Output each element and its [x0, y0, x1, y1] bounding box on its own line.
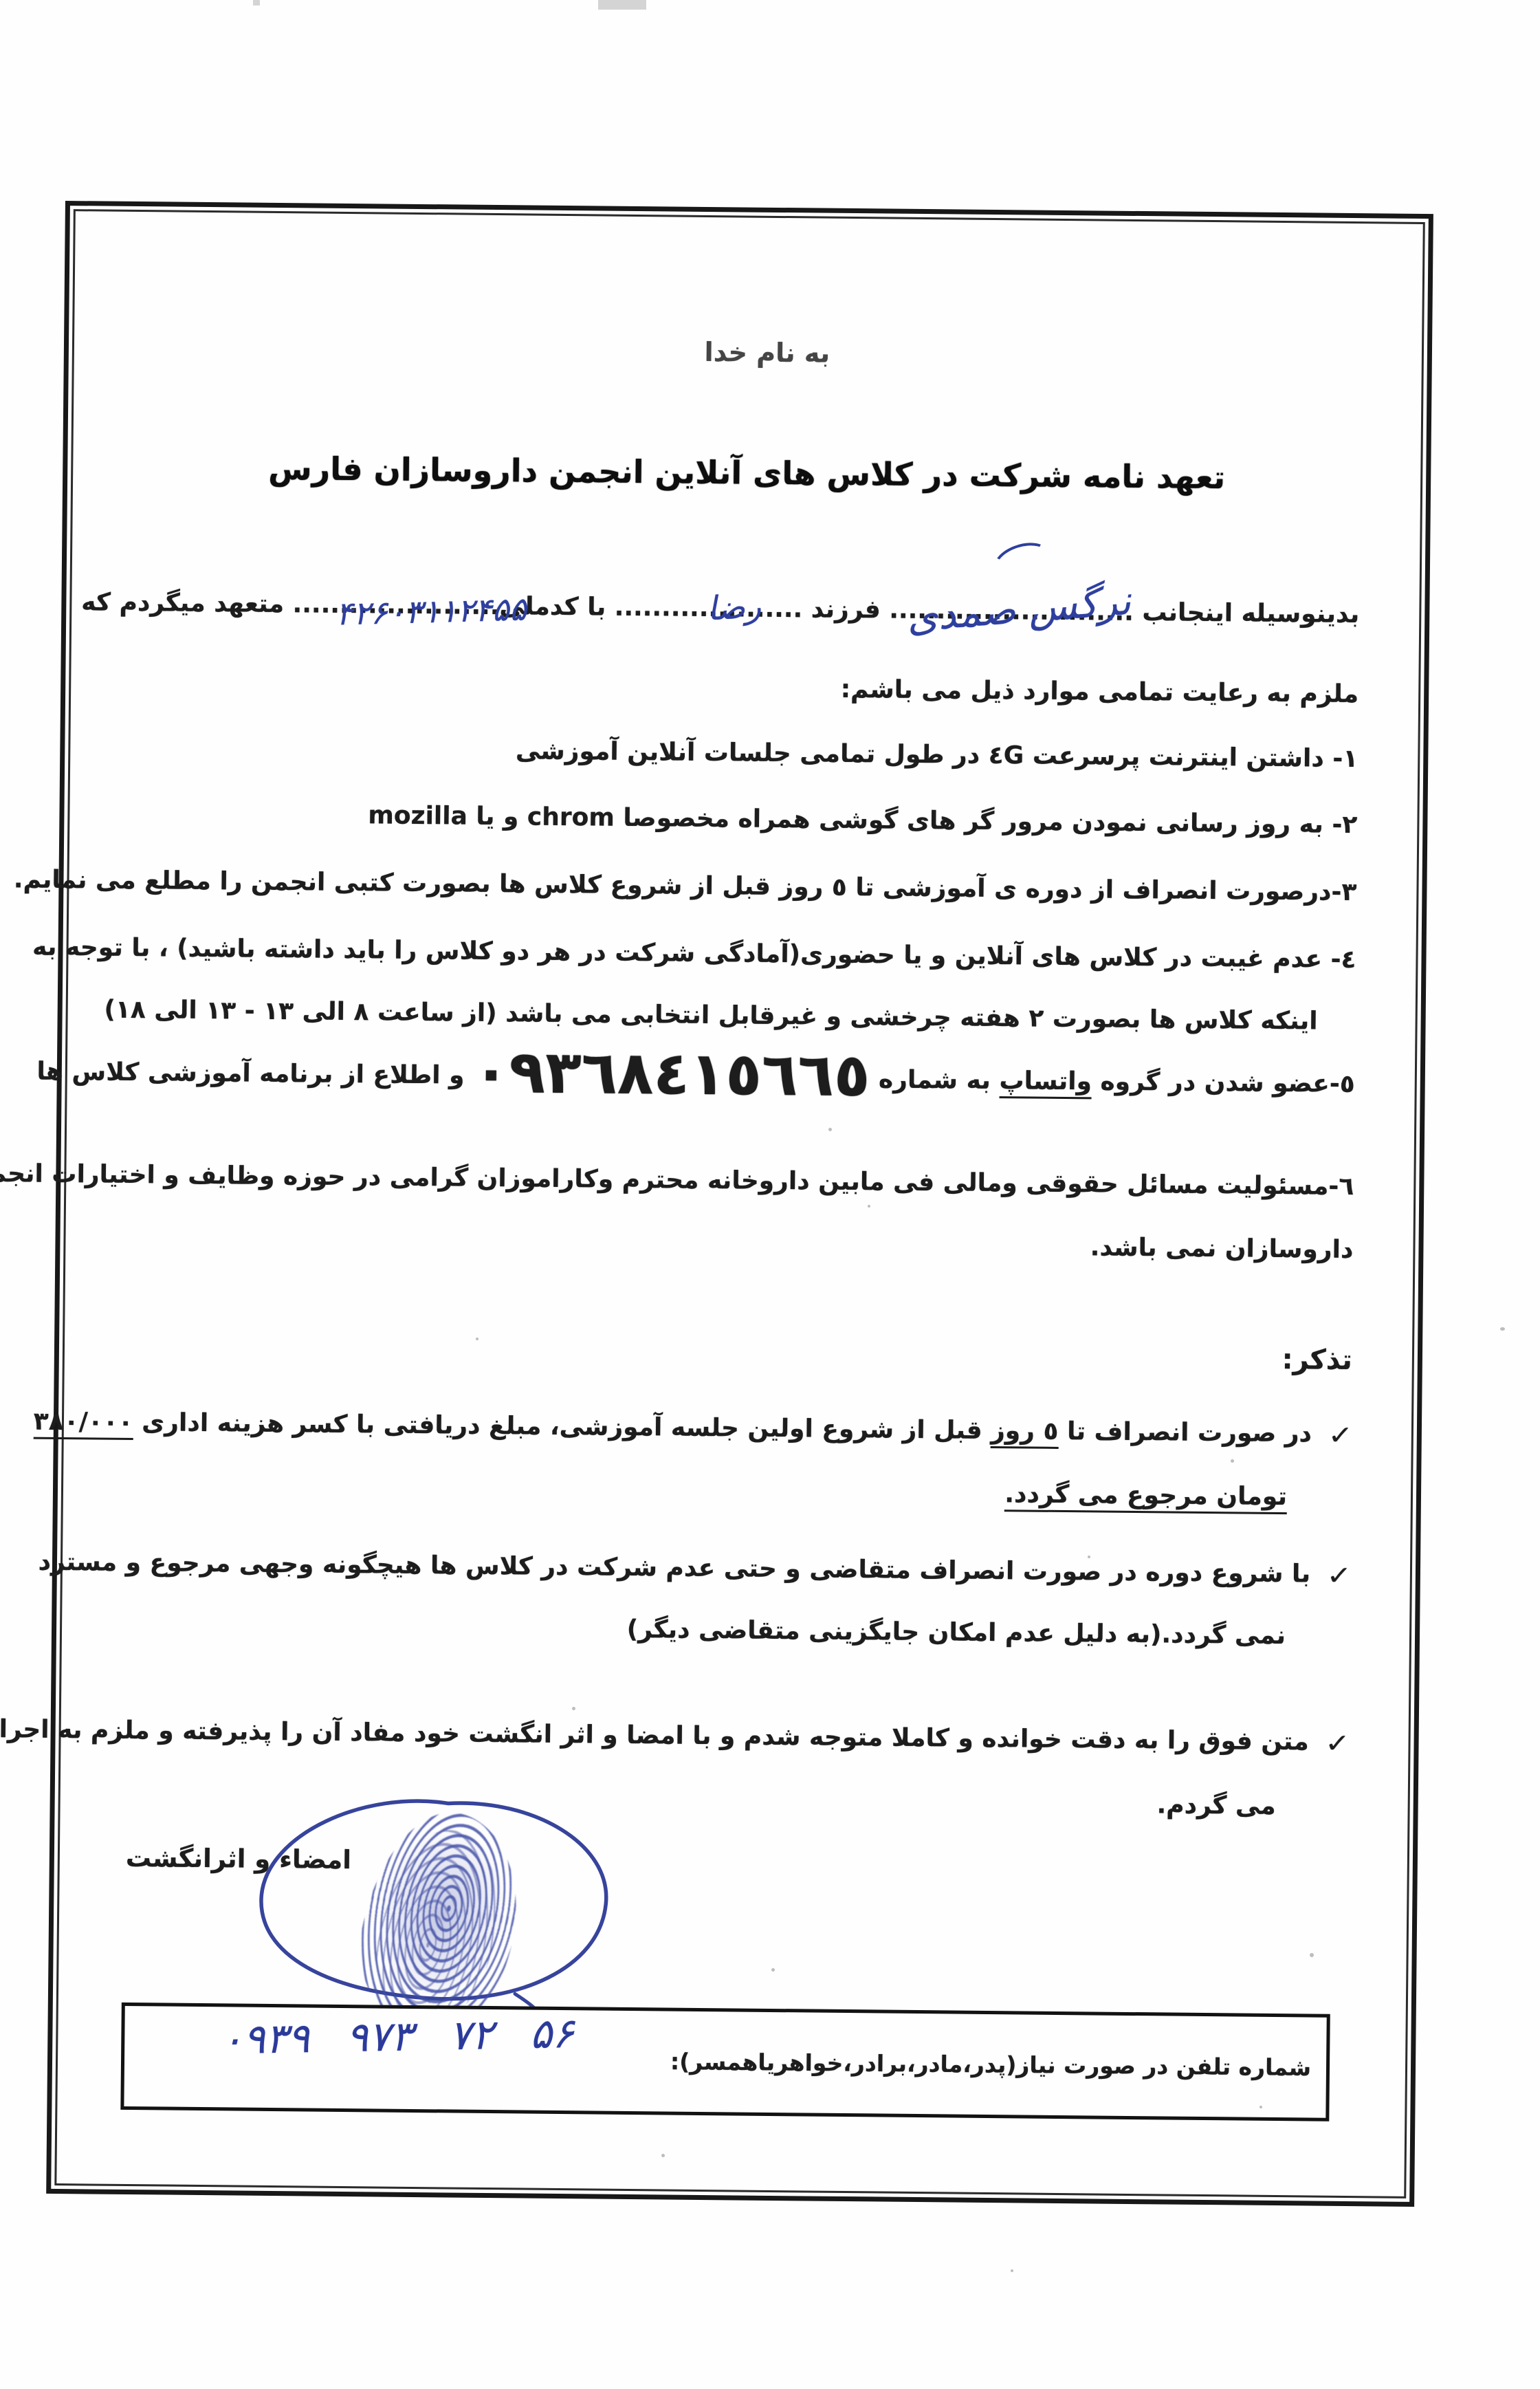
scan-speck [1011, 2269, 1013, 2272]
bullet1-text: در صورت انصراف تا ٥ روز قبل از شروع اولی… [34, 1408, 1312, 1448]
commitment-item-2: ٢- به روز رسانی نمودن مرور گر های گوشی ه… [368, 801, 1357, 839]
scan-speck [1259, 2106, 1262, 2108]
child-of-text: فرزند [802, 595, 889, 624]
document-title: تعهد نامه شرکت در کلاس های آنلاین انجمن … [67, 448, 1426, 498]
emergency-phone-handwritten: ۰۹۳۹ ۹۷۳ ۷۲ ۵۶ [221, 2009, 575, 2064]
name-dotted-blank: ..........................نرگس صمدی [889, 596, 1134, 626]
father-dotted-blank: ....................رضا [615, 593, 803, 624]
father-name-handwritten: رضا [706, 587, 762, 629]
scan-speck [661, 2154, 665, 2157]
commitment-item-3: ٣-درصورت انصراف از دوره ی آموزشی تا ٥ رو… [14, 865, 1357, 906]
document-content: به نام خدا تعهد نامه شرکت در کلاس های آن… [51, 206, 1429, 2202]
bullet1-line2-underlined: تومان مرجوع می گردد. [1004, 1480, 1287, 1514]
bismillah-heading: به نام خدا [88, 331, 1446, 374]
commitment-item-5: ٥-عضو شدن در گروه واتساپ به شماره ٠٩٣٦٨٤… [36, 1039, 1355, 1117]
note-bullet-2-line2: نمی گردد.(به دلیل عدم امکان جایگزینی متق… [627, 1615, 1286, 1650]
scan-speck [1231, 1459, 1234, 1463]
intro-line: بدینوسیله اینجانب ......................… [81, 588, 1359, 629]
bullet1-amount-underlined: ٣٨٠/٠٠٠ [34, 1408, 133, 1440]
scan-speck [868, 1205, 870, 1208]
commitment-item-6-line1: ٦-مسئولیت مسائل حقوقی ومالی فی مابین دار… [0, 1159, 1354, 1201]
intro-tail-text: متعهد میگردم که [81, 588, 293, 618]
intro-line2: ملزم به رعایت تمامی موارد ذیل می باشم: [841, 675, 1359, 708]
commitment-item-1: ١- داشتن اینترنت پرسرعت ٤G در طول تمامی … [516, 737, 1358, 773]
note-bullet-2: ✓ با شروع دوره در صورت انصراف متقاضی و ح… [38, 1548, 1350, 1591]
note-bullet-3-line2: می گردم. [1156, 1791, 1275, 1820]
scan-speck [476, 1338, 478, 1340]
scan-speck [1500, 1327, 1505, 1331]
scan-speck [771, 1968, 775, 1972]
national-id-handwritten: ۴۲۶۰۳۱۱۲۴۵۵ [335, 591, 527, 633]
checkmark-icon: ✓ [1326, 1560, 1352, 1591]
note-bullet-1: ✓ در صورت انصراف تا ٥ روز قبل از شروع او… [34, 1408, 1352, 1450]
emergency-phone-label: شماره تلفن در صورت نیاز(پدر،مادر،برادر،خ… [670, 2048, 1311, 2081]
item5-mid-text: به شماره [870, 1065, 999, 1095]
checkmark-icon: ✓ [1328, 1420, 1353, 1450]
item5-pre-text: ٥-عضو شدن در گروه [1092, 1067, 1355, 1098]
bullet1-pre: در صورت انصراف تا [1058, 1417, 1312, 1448]
whatsapp-word: واتساپ [999, 1067, 1092, 1099]
bullet2-text: با شروع دوره در صورت انصراف متقاضی و حتی… [38, 1548, 1310, 1589]
scanned-document-page: به نام خدا تعهد نامه شرکت در کلاس های آن… [0, 0, 1540, 2389]
emergency-phone-box: شماره تلفن در صورت نیاز(پدر،مادر،برادر،خ… [120, 2003, 1330, 2121]
bullet1-mid: قبل از شروع اولین جلسه آموزشی، مبلغ دریا… [133, 1408, 991, 1445]
bullet3-text: متن فوق را به دقت خوانده و کاملا متوجه ش… [0, 1715, 1309, 1756]
page-border-frame: به نام خدا تعهد نامه شرکت در کلاس های آن… [46, 201, 1433, 2207]
intro-lead-text: بدینوسیله اینجانب [1134, 598, 1360, 629]
bullet1-days-underlined: ٥ روز [991, 1417, 1059, 1449]
scan-speck [828, 1128, 832, 1131]
item5-post-text: و اطلاع از برنامه آموزشی کلاس ها [36, 1058, 473, 1090]
pen-flourish [989, 536, 1056, 588]
note-bullet-1-line2: تومان مرجوع می گردد. [1004, 1480, 1287, 1511]
note-bullet-3: ✓ متن فوق را به دقت خوانده و کاملا متوجه… [0, 1715, 1349, 1758]
commitment-item-6-line2: داروسازان نمی باشد. [1090, 1233, 1354, 1264]
scan-speck [572, 1707, 575, 1710]
commitment-item-4-line2: اینکه کلاس ها بصورت ٢ هفته چرخشی و غیرقا… [104, 996, 1318, 1036]
checkmark-icon: ✓ [1325, 1728, 1350, 1758]
commitment-item-4-line1: ٤- عدم غیبت در کلاس های آنلاین و یا حضور… [32, 933, 1356, 974]
note-heading: تذکر: [1281, 1344, 1352, 1376]
scan-speck [1310, 1953, 1314, 1957]
id-dotted-blank: ......................۴۲۶۰۳۱۱۲۴۵۵ [292, 590, 499, 620]
scan-edge-artifact [253, 0, 260, 6]
whatsapp-phone-number: ٠٩٣٦٨٤١٥٦٦٥ [473, 1038, 870, 1111]
name-handwritten: نرگس صمدی [905, 577, 1132, 641]
scan-speck [1088, 1556, 1090, 1558]
scan-edge-artifact [598, 0, 646, 10]
